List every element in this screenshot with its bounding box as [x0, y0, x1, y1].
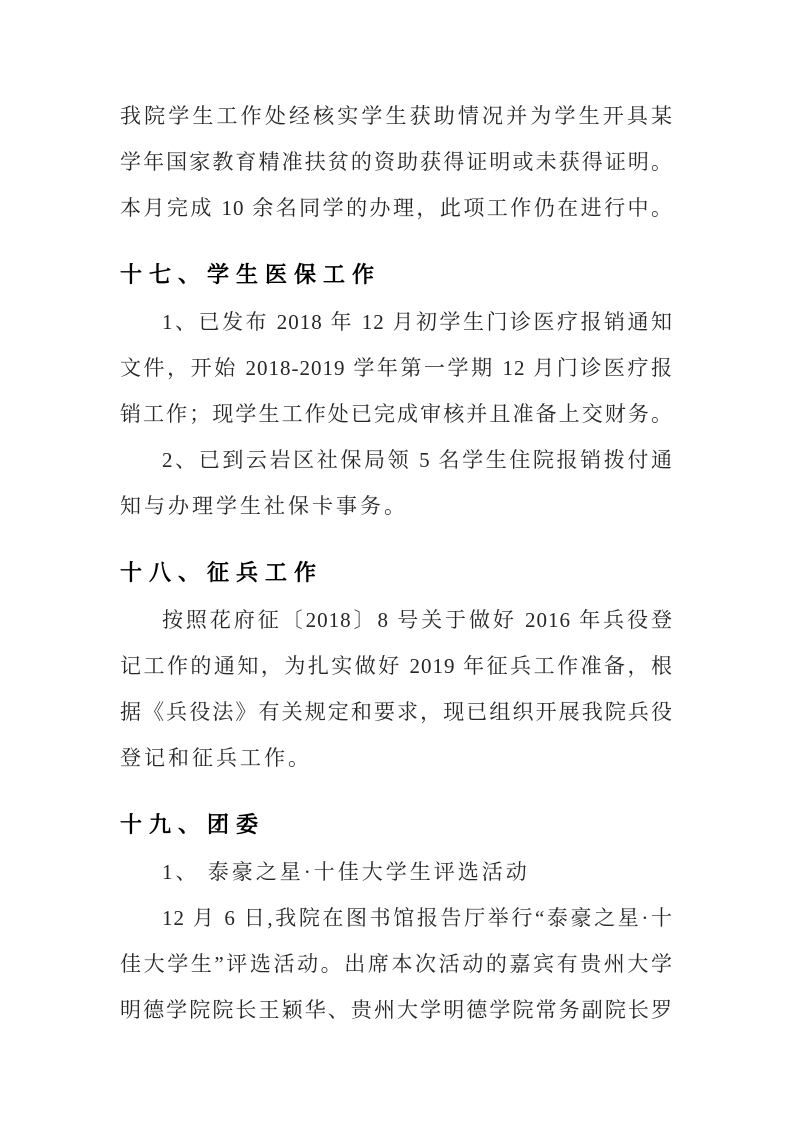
text-line: 文件，开始 2018-2019 学年第一学期 12 月门诊医疗报	[120, 345, 673, 391]
text-line: 登记和征兵工作。	[120, 735, 673, 781]
text-line: 2、已到云岩区社保局领 5 名学生住院报销拨付通	[120, 437, 673, 483]
text-line: 我院学生工作处经核实学生获助情况并为学生开具某	[120, 93, 673, 139]
section-heading-18: 十八、征兵工作	[120, 551, 673, 597]
section-18-paragraph-1: 按照花府征〔2018〕8 号关于做好 2016 年兵役登 记工作的通知，为扎实做…	[120, 597, 673, 781]
section-17-paragraph-1: 1、已发布 2018 年 12 月初学生门诊医疗报销通知 文件，开始 2018-…	[120, 299, 673, 437]
section-19-paragraph-1: 1、 泰豪之星·十佳大学生评选活动	[120, 849, 673, 895]
text-line: 明德学院院长王颖华、贵州大学明德学院常务副院长罗	[120, 987, 673, 1033]
text-line: 记工作的通知，为扎实做好 2019 年征兵工作准备，根	[120, 643, 673, 689]
text-line: 本月完成 10 余名同学的办理，此项工作仍在进行中。	[120, 185, 673, 231]
text-line: 学年国家教育精准扶贫的资助获得证明或未获得证明。	[120, 139, 673, 185]
section-heading-17: 十七、学生医保工作	[120, 253, 673, 299]
text-line: 1、 泰豪之星·十佳大学生评选活动	[120, 849, 673, 895]
text-line: 知与办理学生社保卡事务。	[120, 483, 673, 529]
text-line: 销工作；现学生工作处已完成审核并且准备上交财务。	[120, 391, 673, 437]
section-heading-19: 十九、团委	[120, 803, 673, 849]
section-17-paragraph-2: 2、已到云岩区社保局领 5 名学生住院报销拨付通 知与办理学生社保卡事务。	[120, 437, 673, 529]
section-19-paragraph-2: 12 月 6 日,我院在图书馆报告厅举行“泰豪之星·十 佳大学生”评选活动。出席…	[120, 895, 673, 1033]
text-line: 佳大学生”评选活动。出席本次活动的嘉宾有贵州大学	[120, 941, 673, 987]
intro-paragraph: 我院学生工作处经核实学生获助情况并为学生开具某 学年国家教育精准扶贫的资助获得证…	[120, 93, 673, 231]
text-line: 1、已发布 2018 年 12 月初学生门诊医疗报销通知	[120, 299, 673, 345]
text-line: 按照花府征〔2018〕8 号关于做好 2016 年兵役登	[120, 597, 673, 643]
text-line: 12 月 6 日,我院在图书馆报告厅举行“泰豪之星·十	[120, 895, 673, 941]
text-line: 据《兵役法》有关规定和要求，现已组织开展我院兵役	[120, 689, 673, 735]
document-page: 我院学生工作处经核实学生获助情况并为学生开具某 学年国家教育精准扶贫的资助获得证…	[0, 0, 793, 1122]
